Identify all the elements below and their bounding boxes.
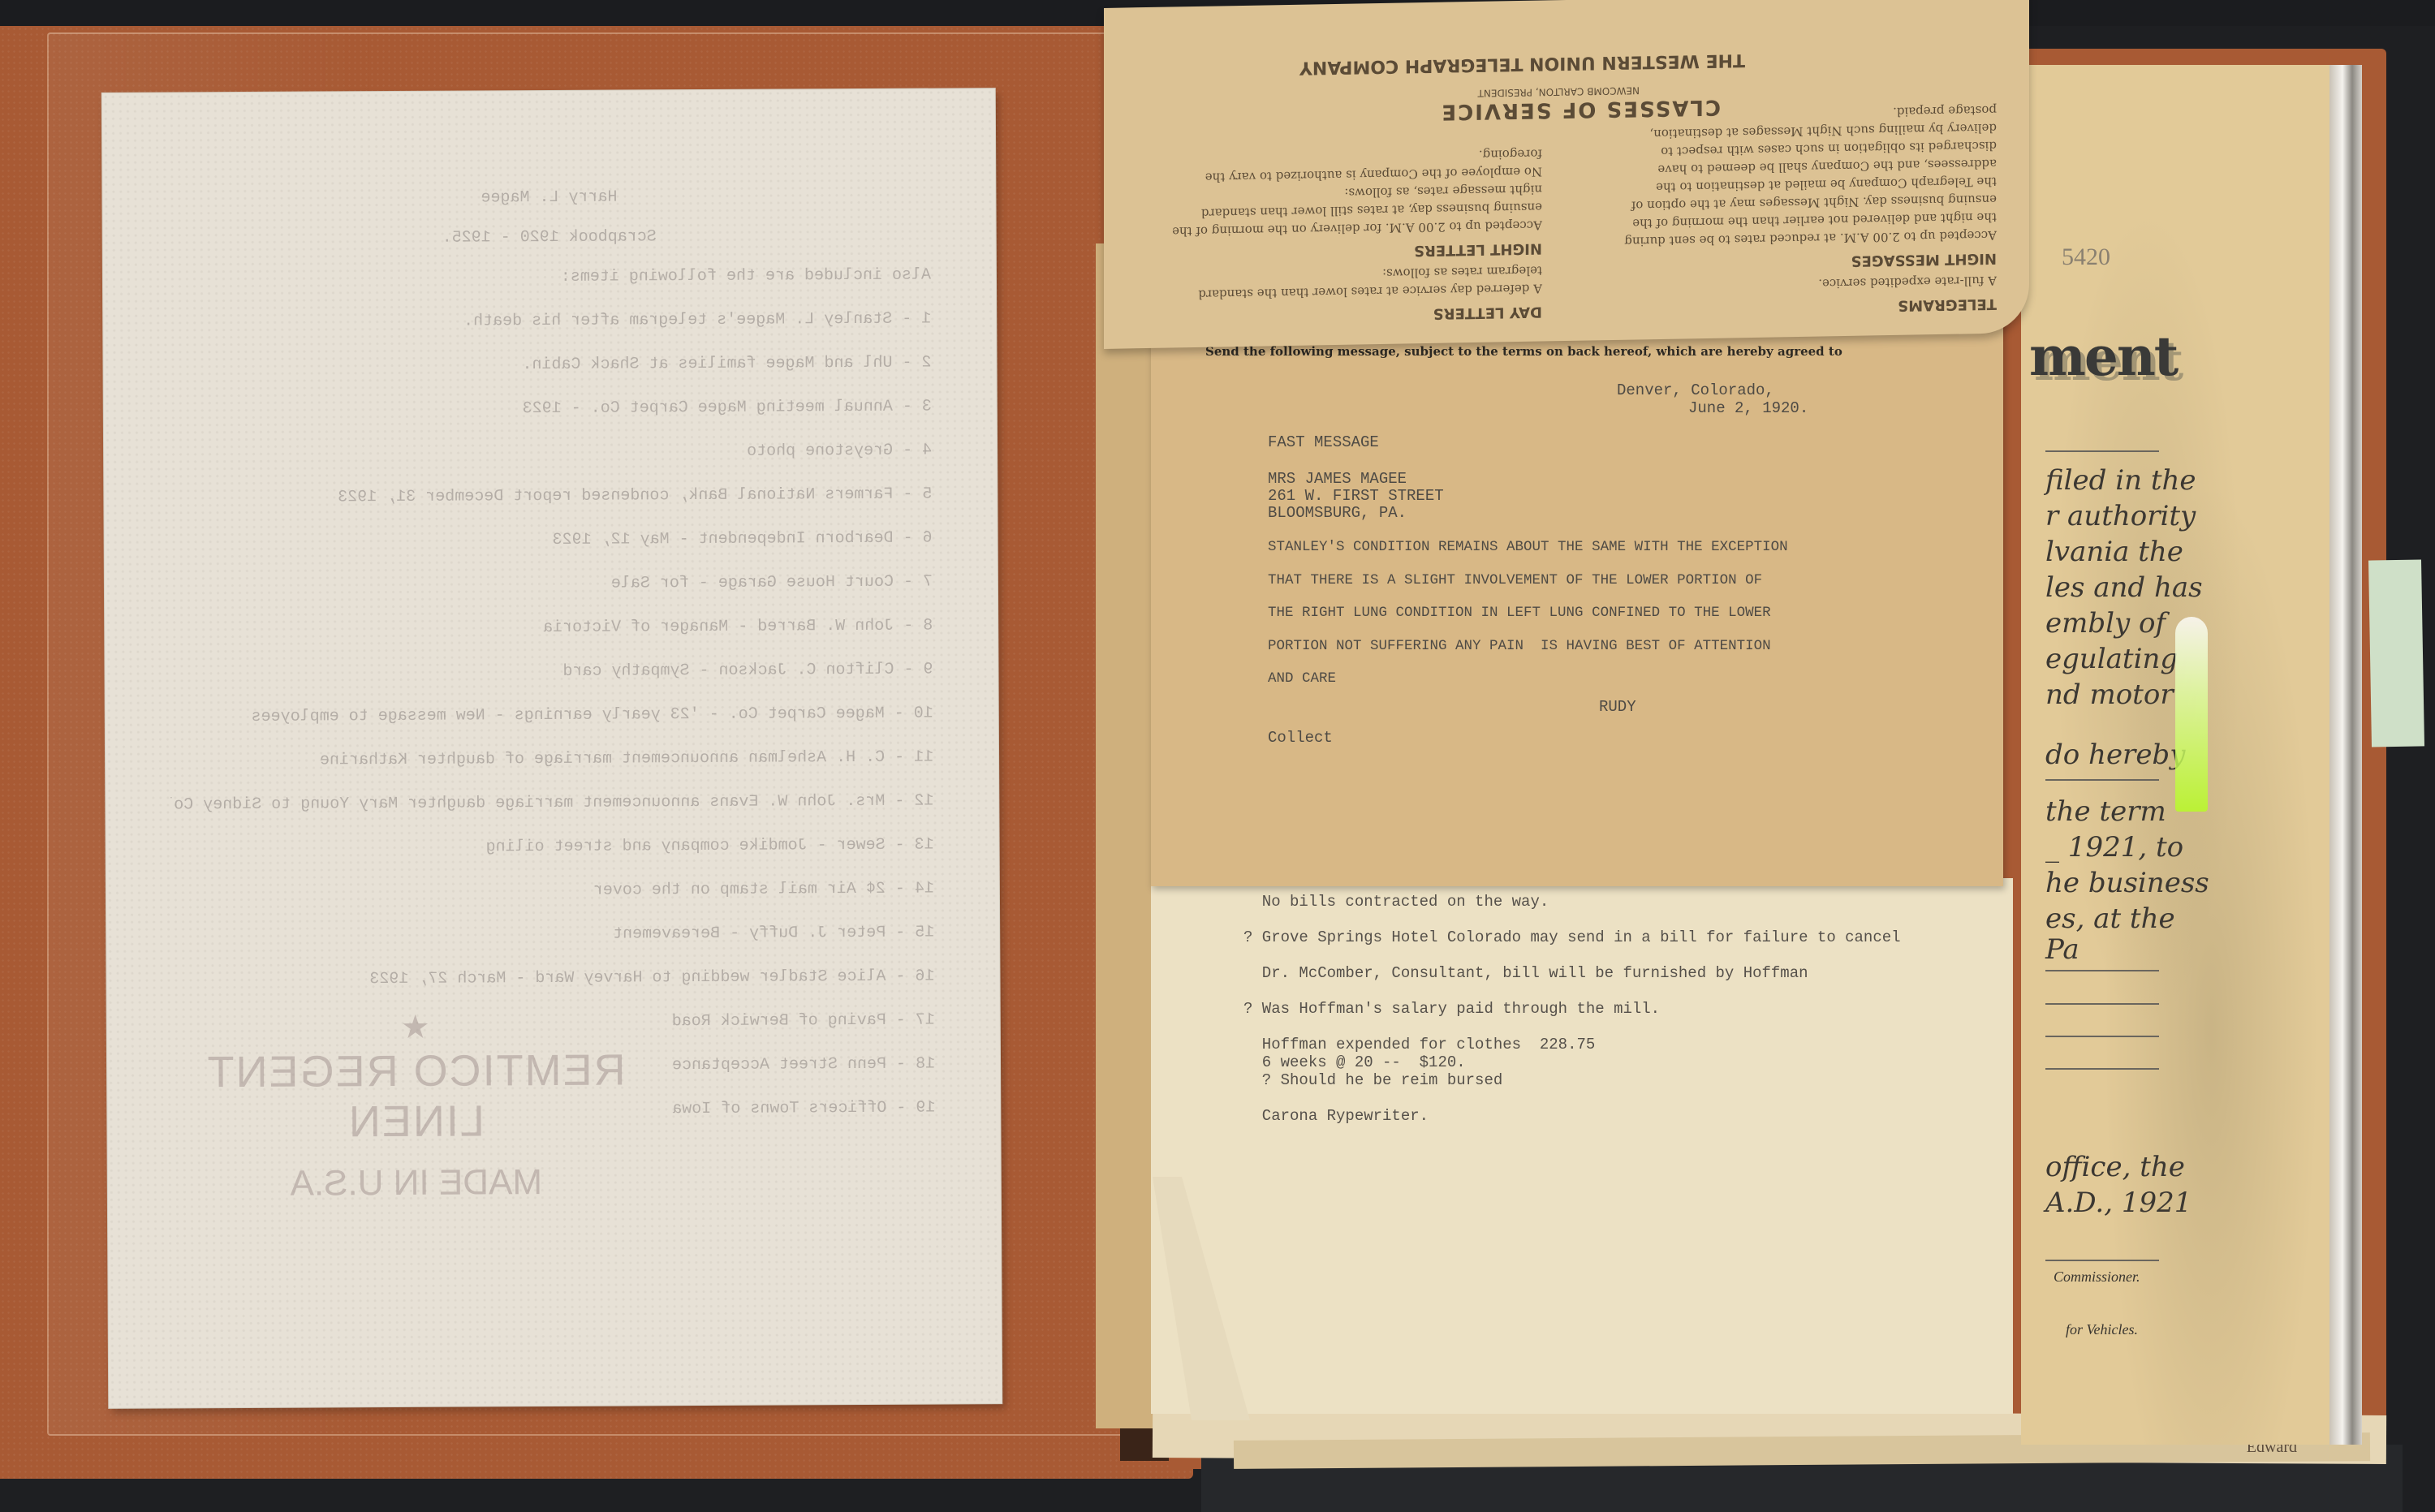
- certificate-rule: [2045, 1068, 2159, 1070]
- certificate-rule: [2045, 779, 2159, 781]
- green-paper-tab[interactable]: [2368, 559, 2424, 747]
- certificate-script-line: nd motor: [2045, 678, 2174, 711]
- certificate-script-line: Pa: [2045, 933, 2079, 966]
- mirrored-typed-list: Harry L. Magee Scrapbook 1920 - 1925. Al…: [167, 187, 935, 1147]
- list-item: 5 - Farmers National Bank, condensed rep…: [169, 485, 932, 508]
- commissioner-label: Commissioner.: [2054, 1269, 2140, 1286]
- linen-list-page: Harry L. Magee Scrapbook 1920 - 1925. Al…: [102, 88, 1002, 1408]
- list-item: 6 - Dearborn Independent - May 12, 1923: [170, 529, 933, 552]
- list-item: 12 - Mrs. John W. Evans announcement mar…: [170, 792, 933, 815]
- telegram-instruction: Send the following message, subject to t…: [1205, 344, 1842, 359]
- list-item: 2 - Uhl and Magee families at Shack Cabi…: [168, 354, 931, 377]
- back-column-left: TELEGRAMS A full-rate expedited service.…: [1623, 101, 1997, 324]
- list-item: 16 - Alice Stadler wedding to Harvey War…: [171, 967, 934, 990]
- telegram-signature: RUDY: [1599, 698, 1636, 716]
- certificate-script-line: les and has: [2045, 571, 2203, 604]
- certificate-script-line: lvania the: [2045, 536, 2183, 568]
- list-item: 8 - John W. Barred - Manager of Victoria: [170, 617, 933, 640]
- certificate-script-line: filed in the: [2045, 464, 2196, 497]
- telegram-body: STANLEY'S CONDITION REMAINS ABOUT THE SA…: [1268, 531, 1788, 696]
- list-item: 7 - Court House Garage - for Sale: [170, 573, 933, 596]
- list-intro: Also included are the following items:: [168, 266, 931, 289]
- signature-rule: [2045, 1260, 2159, 1261]
- certificate-rule: [2045, 450, 2159, 452]
- list-item: 10 - Magee Carpet Co. - '23 yearly earni…: [170, 704, 933, 727]
- memo-text: No bills contracted on the way. ? Grove …: [1243, 893, 1901, 1125]
- certificate-script-line: es, at the: [2045, 902, 2175, 935]
- paper-watermark: ★ REMTICO REGENT LINEN MADE IN U.S.A: [148, 1007, 684, 1204]
- list-item: 1 - Stanley L. Magee's telegram after hi…: [168, 310, 931, 333]
- section-text: A full-rate expedited service.: [1623, 272, 1997, 296]
- certificate-script-line: embly of: [2045, 607, 2166, 640]
- list-item: 14 - 2¢ Air mail stamp on the cover: [171, 880, 934, 902]
- certificate-script-line: egulating: [2045, 643, 2178, 675]
- list-item: 3 - Annual meeting Magee Carpet Co. - 19…: [169, 398, 932, 420]
- certificate-script-line: r authority: [2045, 500, 2196, 532]
- list-item: 13 - Sewer - Jomdike company and street …: [171, 836, 934, 859]
- section-heading: NIGHT MESSAGES: [1623, 249, 1997, 274]
- telegram-recipient: MRS JAMES MAGEE 261 W. FIRST STREET BLOO…: [1268, 471, 1444, 522]
- certificate-script-line: _ 1921, to: [2045, 831, 2183, 864]
- list-item: 11 - C. H. Ashelman announcement marriag…: [170, 748, 933, 771]
- telegram-back-side: NEWCOMB CARLTON, PRESIDENT THE WESTERN U…: [1104, 0, 2029, 349]
- section-heading: TELEGRAMS: [1623, 295, 1997, 319]
- certificate-number: 5420: [2062, 243, 2110, 271]
- certificate-script-line: the term: [2045, 795, 2166, 828]
- terms-excerpt: No employee of the Company is authorized…: [1169, 145, 1542, 187]
- light-glare: [2175, 617, 2208, 812]
- list-item: 9 - Clifton C. Jackson - Sympathy card: [170, 661, 933, 683]
- certificate-rule: [2045, 1003, 2159, 1005]
- list-items: 1 - Stanley L. Magee's telegram after hi…: [168, 310, 935, 1122]
- section-text: A deferred day service at rates lower th…: [1169, 262, 1542, 304]
- list-title: Harry L. Magee: [167, 187, 930, 209]
- star-icon: ★: [148, 1007, 683, 1047]
- list-item: 15 - Peter J. Duffy - Bereavement: [171, 924, 934, 946]
- vehicles-label: for Vehicles.: [2066, 1321, 2138, 1338]
- certificate-rule: [2045, 1036, 2159, 1037]
- section-heading: DAY LETTERS: [1169, 303, 1542, 327]
- telegram-billing: Collect: [1268, 729, 1333, 747]
- certificate-script-line: do hereby: [2045, 739, 2185, 771]
- telegram-place: Denver, Colorado,: [1617, 381, 1774, 399]
- telegram-back-flap[interactable]: NEWCOMB CARLTON, PRESIDENT THE WESTERN U…: [1104, 0, 2029, 349]
- telegram-message-type: FAST MESSAGE: [1268, 433, 1379, 451]
- watermark-line-2: MADE IN U.S.A: [149, 1161, 684, 1204]
- section-heading: NIGHT LETTERS: [1169, 239, 1542, 264]
- certificate-script-line: he business: [2045, 867, 2209, 899]
- back-column-right: DAY LETTERS A deferred day service at ra…: [1169, 145, 1542, 332]
- certificate-heading: ment: [2029, 325, 2177, 388]
- certificate-script-line: office, the: [2045, 1151, 2185, 1183]
- section-text: Accepted up to 2.00 A.M. for delivery on…: [1169, 181, 1542, 241]
- certificate-rule: [2045, 970, 2159, 971]
- section-text: Accepted up to 2.00 A.M. at reduced rate…: [1623, 101, 1997, 251]
- sleeve-edge-reflection: [2329, 65, 2362, 1445]
- certificate-script-line: A.D., 1921: [2045, 1187, 2191, 1219]
- list-subtitle: Scrapbook 1920 - 1925.: [168, 226, 931, 249]
- list-item: 4 - Greystone photo: [169, 442, 932, 464]
- watermark-line-1: REMTICO REGENT LINEN: [148, 1045, 684, 1148]
- company-name: THE WESTERN UNION TELEGRAPH COMPANY: [1299, 50, 1745, 78]
- telegram-date: June 2, 1920.: [1688, 399, 1808, 417]
